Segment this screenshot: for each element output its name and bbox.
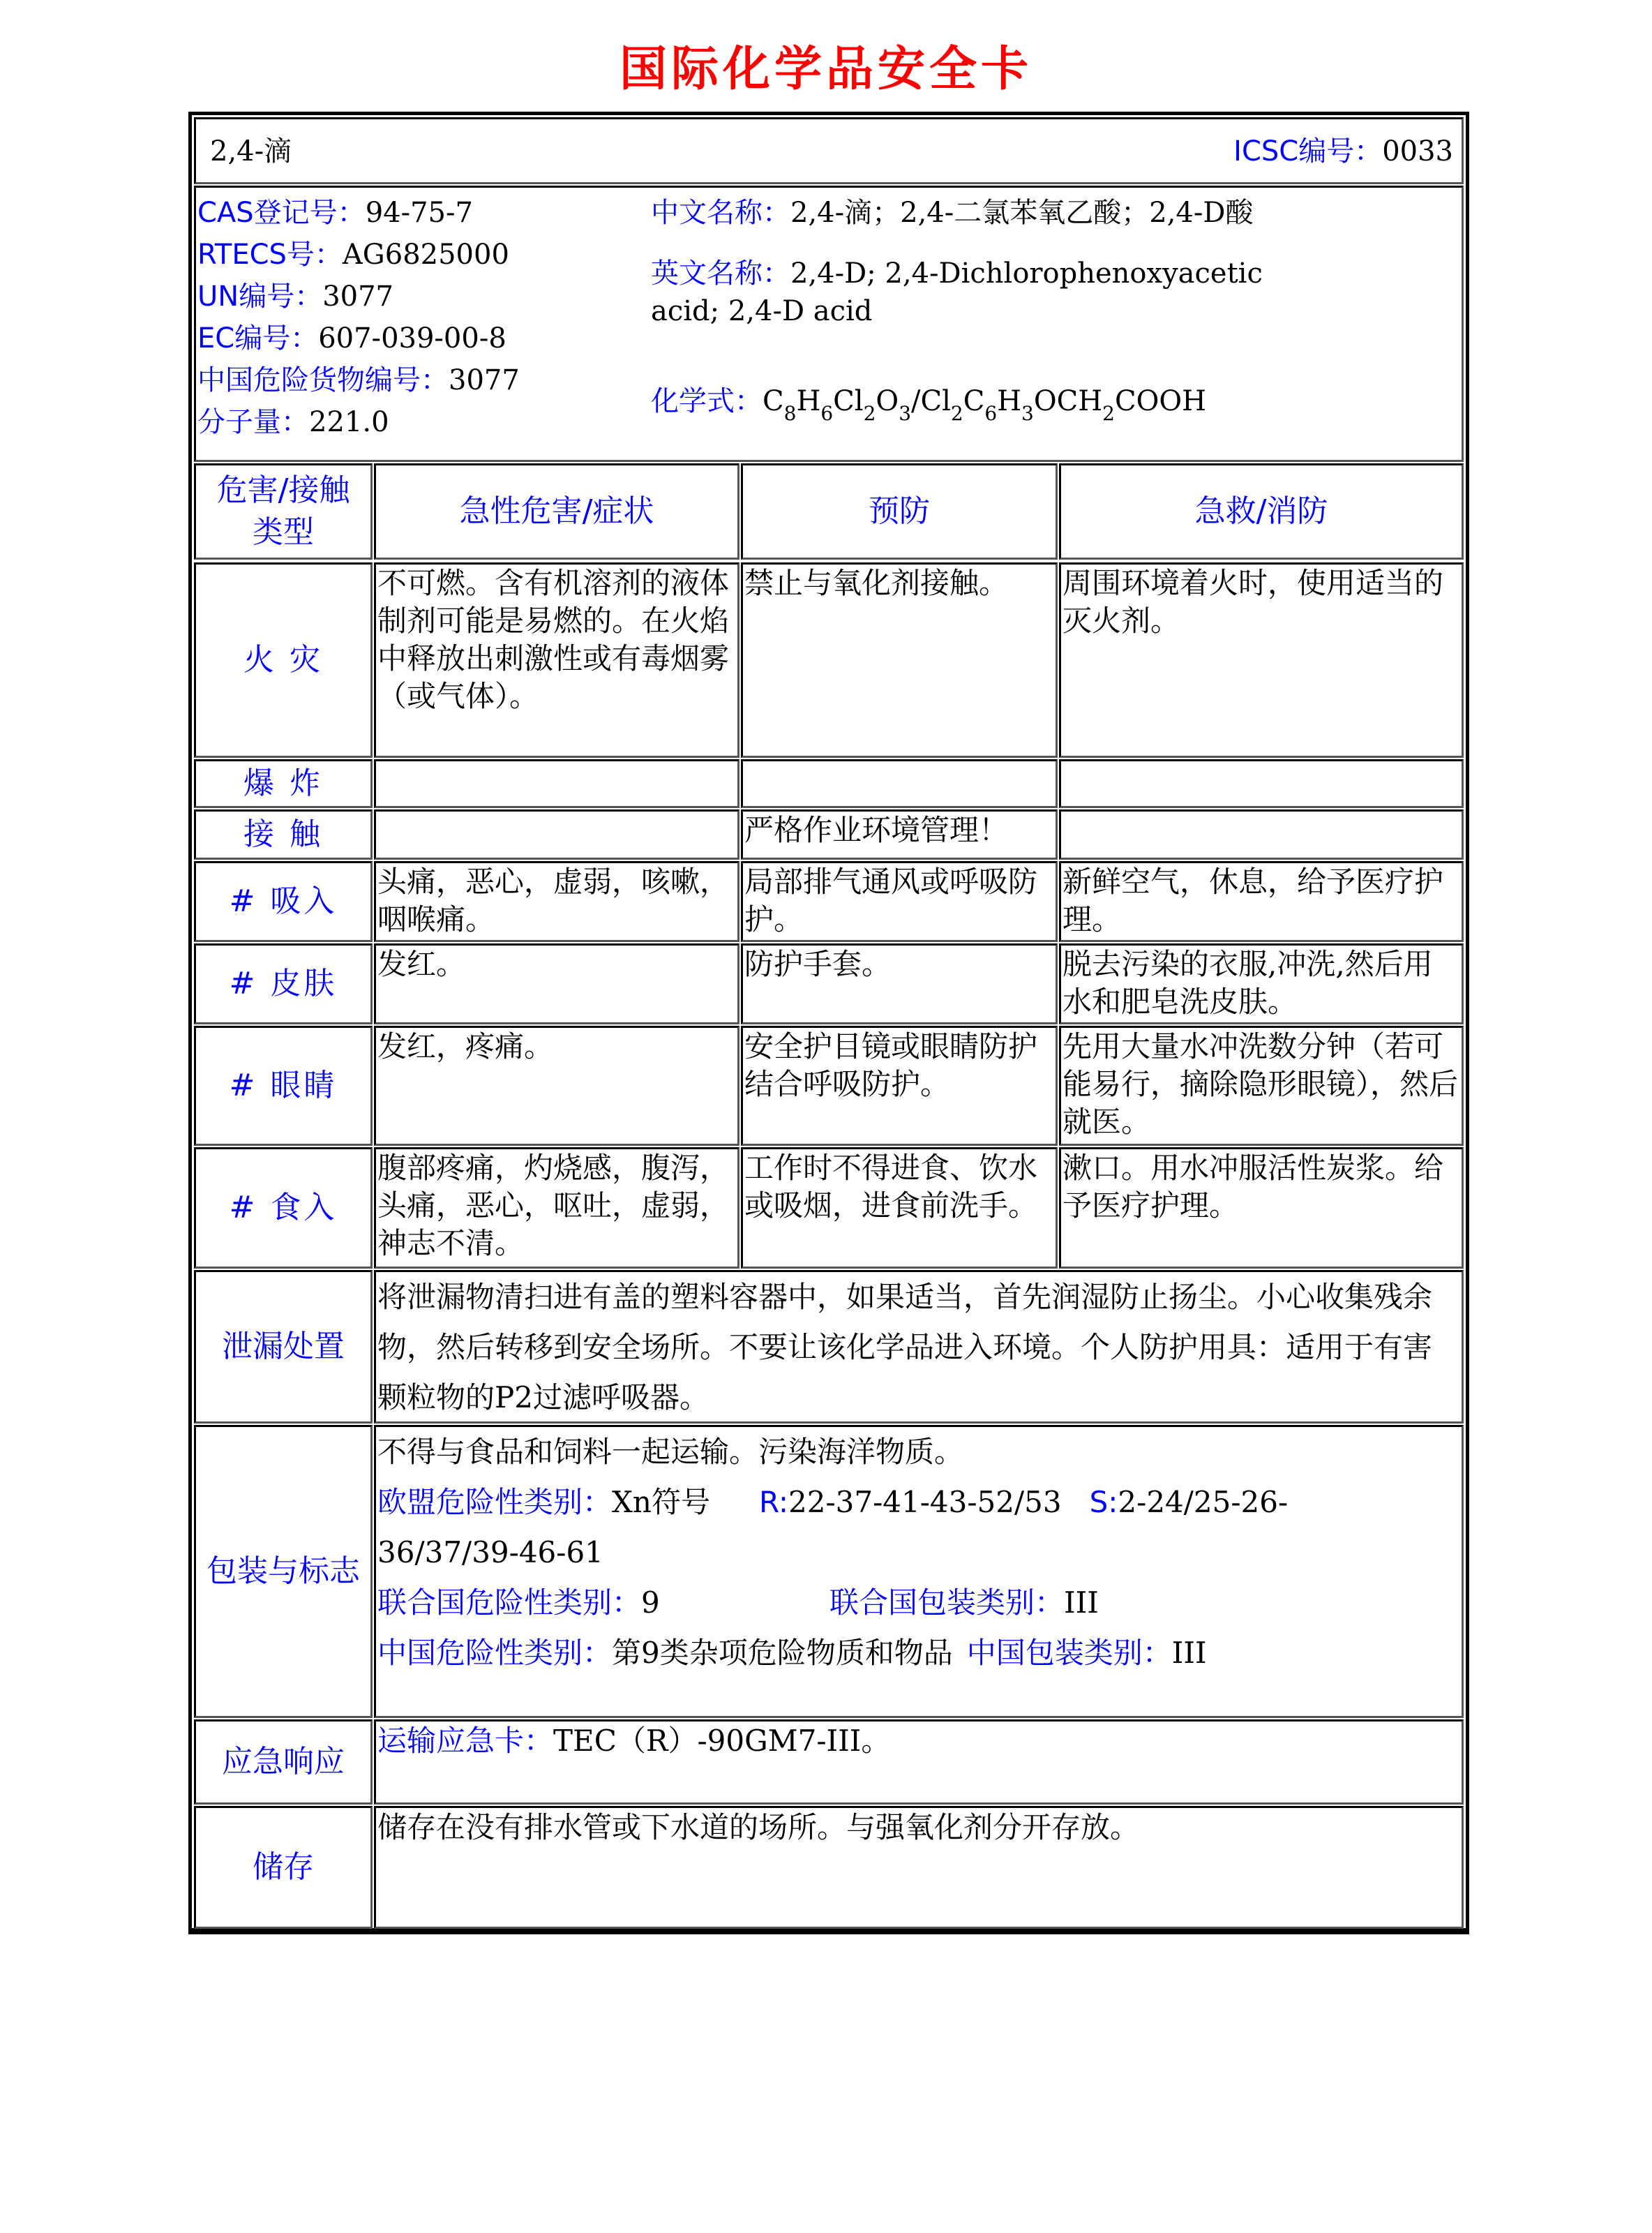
chemical-name: 2,4-滴 xyxy=(210,130,292,172)
row-label-packaging: 包装与标志 xyxy=(194,1425,373,1718)
eu-classification: 欧盟危险性类别：Xn符号R:22-37-41-43-52/53S:2-24/25… xyxy=(377,1477,1460,1528)
skin-prevention: 防护手套。 xyxy=(741,943,1058,1024)
cas-field: CAS登记号：94-75-7 xyxy=(197,192,520,234)
skin-acute: 发红。 xyxy=(374,943,739,1024)
emergency-content: 运输应急卡：TEC（R）-90GM7-III。 xyxy=(374,1719,1464,1805)
name-row: 2,4-滴 ICSC编号：0033 xyxy=(194,117,1464,184)
row-label-fire: 火 灾 xyxy=(194,562,373,758)
inhalation-prevention: 局部排气通风或呼吸防护。 xyxy=(741,861,1058,942)
inhalation-acute: 头痛，恶心，虚弱，咳嗽，咽喉痛。 xyxy=(374,861,739,942)
fire-first-aid: 周围环境着火时，使用适当的灭火剂。 xyxy=(1059,562,1464,758)
ingestion-acute: 腹部疼痛，灼烧感，腹泻，头痛，恶心，呕吐，虚弱，神志不清。 xyxy=(374,1147,739,1269)
identifiers-row: CAS登记号：94-75-7 RTECS号：AG6825000 UN编号：307… xyxy=(194,186,1464,462)
row-label-inhalation: # 吸入 xyxy=(194,861,373,942)
header-acute-hazards: 急性危害/症状 xyxy=(374,463,739,560)
page-title: 国际化学品安全卡 xyxy=(0,36,1652,103)
row-label-exposure: 接 触 xyxy=(194,809,373,860)
eyes-prevention: 安全护目镜或眼睛防护结合呼吸防护。 xyxy=(741,1026,1058,1146)
row-label-eyes: # 眼睛 xyxy=(194,1026,373,1146)
fire-acute: 不可燃。含有机溶剂的液体制剂可能是易燃的。在火焰中释放出刺激性或有毒烟雾（或气体… xyxy=(374,562,739,758)
identifiers-left: CAS登记号：94-75-7 RTECS号：AG6825000 UN编号：307… xyxy=(197,192,520,443)
row-label-emergency: 应急响应 xyxy=(194,1719,373,1805)
molecular-weight-field: 分子量：221.0 xyxy=(197,401,520,443)
identifiers-right: 中文名称：2,4-滴；2,4-二氯苯氧乙酸；2,4-D酸 英文名称：2,4-D;… xyxy=(651,192,1453,425)
skin-first-aid: 脱去污染的衣服,冲洗,然后用水和肥皂洗皮肤。 xyxy=(1059,943,1464,1024)
row-label-spill: 泄漏处置 xyxy=(194,1270,373,1424)
row-label-explosion: 爆 炸 xyxy=(194,759,373,808)
row-label-ingestion: # 食入 xyxy=(194,1147,373,1269)
english-name-field: 英文名称：2,4-D; 2,4-Dichlorophenoxyacetic ac… xyxy=(651,255,1453,330)
spill-text: 将泄漏物清扫进有盖的塑料容器中，如果适当，首先润湿防止扬尘。小心收集残余物，然后… xyxy=(374,1270,1464,1424)
eyes-first-aid: 先用大量水冲洗数分钟（若可能易行，摘除隐形眼镜），然后就医。 xyxy=(1059,1026,1464,1146)
cn-dangerous-goods-field: 中国危险货物编号：3077 xyxy=(197,359,520,401)
un-number-field: UN编号：3077 xyxy=(197,276,520,318)
exposure-prevention: 严格作业环境管理！ xyxy=(741,809,1058,860)
icsc-number: ICSC编号：0033 xyxy=(1233,130,1453,172)
icsc-label: ICSC编号： xyxy=(1233,135,1382,167)
explosion-acute xyxy=(374,759,739,808)
explosion-prevention xyxy=(741,759,1058,808)
cn-classification: 中国危险性类别：第9类杂项危险物质和物品中国包装类别：III xyxy=(377,1628,1460,1678)
ec-number-field: EC编号：607-039-00-8 xyxy=(197,318,520,359)
exposure-acute xyxy=(374,809,739,860)
storage-text: 储存在没有排水管或下水道的场所。与强氧化剂分开存放。 xyxy=(374,1806,1464,1929)
chemical-formula: C8H6Cl2O3/Cl2C6H3OCH2COOH xyxy=(763,385,1206,417)
icsc-value: 0033 xyxy=(1382,135,1453,167)
fire-prevention: 禁止与氧化剂接触。 xyxy=(741,562,1058,758)
row-label-skin: # 皮肤 xyxy=(194,943,373,1024)
eyes-acute: 发红，疼痛。 xyxy=(374,1026,739,1146)
packaging-content: 不得与食品和饲料一起运输。污染海洋物质。 欧盟危险性类别：Xn符号R:22-37… xyxy=(374,1425,1464,1718)
rtecs-field: RTECS号：AG6825000 xyxy=(197,234,520,276)
header-type: 危害/接触类型 xyxy=(194,463,373,560)
header-prevention: 预防 xyxy=(741,463,1058,560)
row-label-storage: 储存 xyxy=(194,1806,373,1929)
ingestion-first-aid: 漱口。用水冲服活性炭浆。给予医疗护理。 xyxy=(1059,1147,1464,1269)
chinese-name-field: 中文名称：2,4-滴；2,4-二氯苯氧乙酸；2,4-D酸 xyxy=(651,192,1453,234)
explosion-first-aid xyxy=(1059,759,1464,808)
un-classification: 联合国危险性类别：9联合国包装类别：III xyxy=(377,1578,1460,1628)
formula-field: 化学式：C8H6Cl2O3/Cl2C6H3OCH2COOH xyxy=(651,380,1453,425)
ingestion-prevention: 工作时不得进食、饮水或吸烟，进食前洗手。 xyxy=(741,1147,1058,1269)
exposure-first-aid xyxy=(1059,809,1464,860)
header-first-aid: 急救/消防 xyxy=(1059,463,1464,560)
inhalation-first-aid: 新鲜空气，休息，给予医疗护理。 xyxy=(1059,861,1464,942)
